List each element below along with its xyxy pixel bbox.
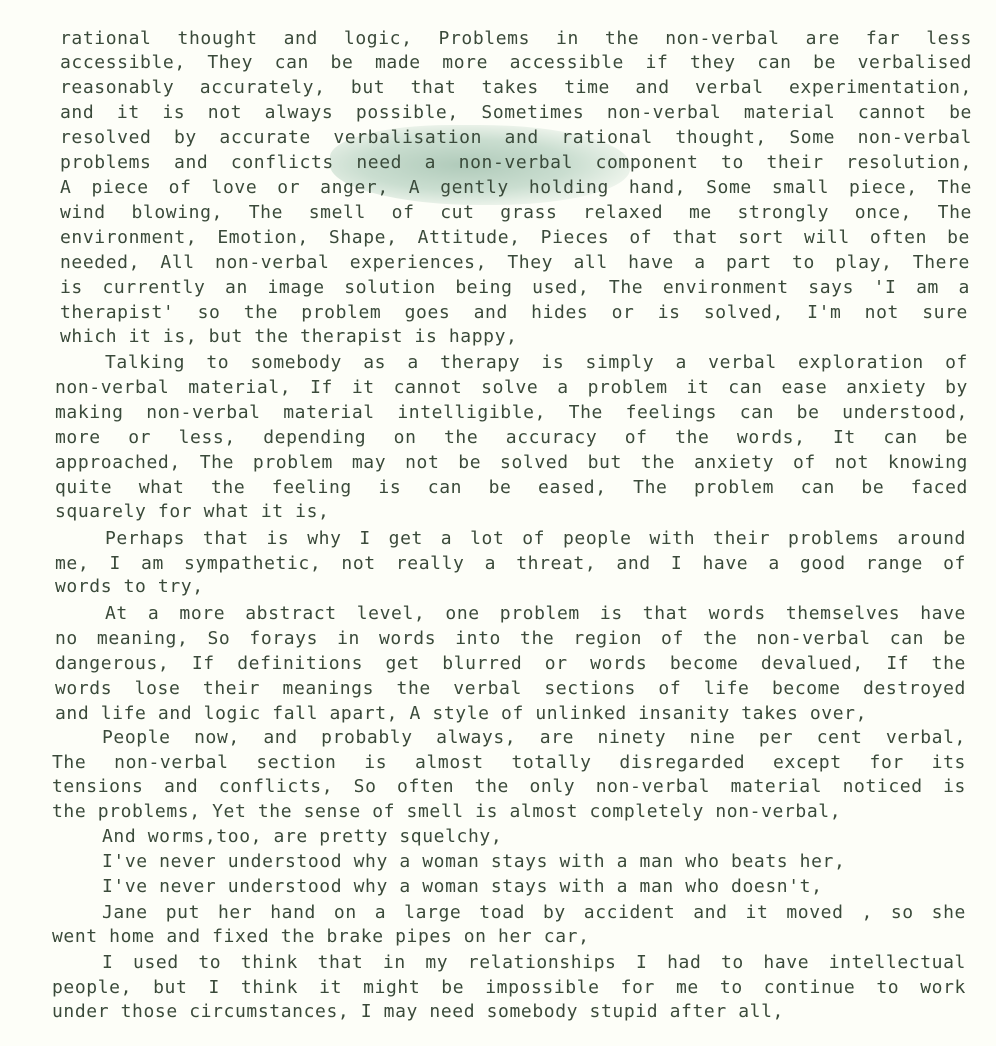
text-line: words to try, <box>55 576 204 598</box>
text-line: Jane put her hand on a large toad by acc… <box>102 902 966 924</box>
text-line: approached, The problem may not be solve… <box>55 452 968 474</box>
text-line: Talking to somebody as a therapy is simp… <box>105 352 968 374</box>
text-line: And worms,too, are pretty squelchy, <box>102 826 502 848</box>
text-line: words lose their meanings the verbal sec… <box>55 678 966 700</box>
text-line: non-verbal material, If it cannot solve … <box>55 377 968 399</box>
text-line: and it is not always possible, Sometimes… <box>60 102 972 124</box>
text-line: dangerous, If definitions get blurred or… <box>55 653 966 675</box>
text-line: me, I am sympathetic, not really a threa… <box>55 553 966 575</box>
text-line: and life and logic fall apart, A style o… <box>55 703 867 725</box>
text-line: no meaning, So forays in words into the … <box>55 628 966 650</box>
text-line: People now, and probably always, are nin… <box>102 727 966 749</box>
text-line: under those circumstances, I may need so… <box>52 1001 784 1023</box>
scanned-page: rational thought and logic, Problems in … <box>0 0 996 1046</box>
text-line: resolved by accurate verbalisation and r… <box>60 127 972 149</box>
text-line: accessible, They can be made more access… <box>60 52 972 74</box>
text-line: environment, Emotion, Shape, Attitude, P… <box>60 227 970 249</box>
text-line: therapist' so the problem goes and hides… <box>60 302 968 324</box>
text-line: I've never understood why a woman stays … <box>102 851 845 873</box>
text-line: went home and fixed the brake pipes on h… <box>52 926 590 948</box>
text-line: which it is, but the therapist is happy, <box>60 326 517 348</box>
text-line: problems and conflicts need a non-verbal… <box>60 152 972 174</box>
text-line: I've never understood why a woman stays … <box>102 876 823 898</box>
text-line: tensions and conflicts, So often the onl… <box>52 776 966 798</box>
text-line: Perhaps that is why I get a lot of peopl… <box>105 528 966 550</box>
text-line: At a more abstract level, one problem is… <box>105 603 966 625</box>
text-line: the problems, Yet the sense of smell is … <box>52 801 841 823</box>
text-line: I used to think that in my relationships… <box>102 952 966 974</box>
text-line: quite what the feeling is can be eased, … <box>55 477 968 499</box>
text-line: rational thought and logic, Problems in … <box>60 28 972 50</box>
text-line: people, but I think it might be impossib… <box>52 977 966 999</box>
text-line: needed, All non-verbal experiences, They… <box>60 252 970 274</box>
text-line: The non-verbal section is almost totally… <box>52 752 966 774</box>
text-line: A piece of love or anger, A gently holdi… <box>60 177 972 199</box>
text-line: is currently an image solution being use… <box>60 277 970 299</box>
text-line: wind blowing, The smell of cut grass rel… <box>60 202 972 224</box>
text-line: making non-verbal material intelligible,… <box>55 402 968 424</box>
text-line: reasonably accurately, but that takes ti… <box>60 77 972 99</box>
text-line: more or less, depending on the accuracy … <box>55 427 968 449</box>
text-line: squarely for what it is, <box>55 501 330 523</box>
